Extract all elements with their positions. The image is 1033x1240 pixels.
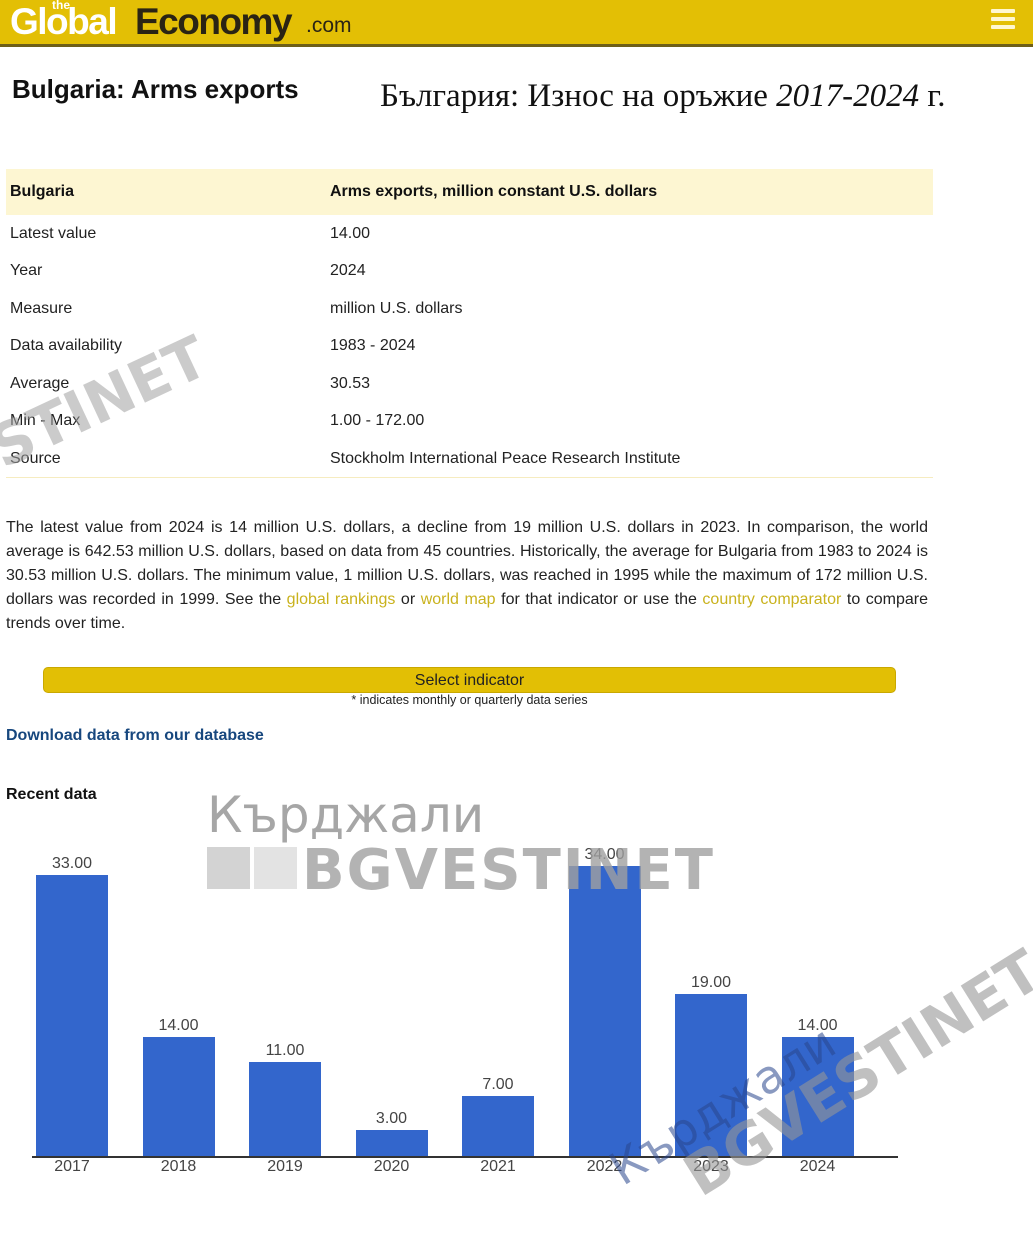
row-label: Latest value: [6, 215, 326, 253]
row-value: 30.53: [326, 365, 933, 403]
table-row: Min - Max1.00 - 172.00: [6, 403, 933, 441]
global-rankings-link[interactable]: global rankings: [287, 591, 396, 608]
table-row: Year2024: [6, 253, 933, 291]
table-row: Measuremillion U.S. dollars: [6, 290, 933, 328]
chart-bar[interactable]: [462, 1096, 534, 1156]
chart-bar[interactable]: [36, 875, 108, 1156]
watermark-city: Кърджали: [207, 786, 484, 844]
row-value: 1.00 - 172.00: [326, 403, 933, 441]
row-label: Data availability: [6, 328, 326, 366]
row-label: Measure: [6, 290, 326, 328]
row-value: Stockholm International Peace Research I…: [326, 440, 933, 478]
overlay-title-suffix: г.: [919, 78, 945, 114]
row-label: Min - Max: [6, 403, 326, 441]
chart-bar[interactable]: [675, 994, 747, 1156]
bar-value-label: 11.00: [245, 1042, 325, 1060]
bar-value-label: 33.00: [32, 855, 112, 873]
bar-value-label: 19.00: [671, 974, 751, 992]
bar-value-label: 14.00: [139, 1017, 219, 1035]
recent-data-title: Recent data: [6, 786, 97, 804]
x-axis-tick-label: 2018: [139, 1158, 219, 1176]
bar-value-label: 34.00: [565, 846, 645, 864]
row-label: Average: [6, 365, 326, 403]
header-indicator: Arms exports, million constant U.S. doll…: [326, 169, 933, 215]
indicator-info-table: Bulgaria Arms exports, million constant …: [6, 169, 933, 478]
row-value: 2024: [326, 253, 933, 291]
recent-data-bar-chart: 33.00201714.00201811.0020193.0020207.002…: [0, 840, 920, 1200]
x-axis-tick-label: 2019: [245, 1158, 325, 1176]
x-axis-line: [32, 1156, 898, 1158]
table-header-row: Bulgaria Arms exports, million constant …: [6, 169, 933, 215]
select-indicator-button[interactable]: Select indicator: [43, 667, 896, 693]
logo-economy: Economy: [135, 1, 291, 43]
top-bar: Global the Economy .com: [0, 0, 1033, 47]
world-map-link[interactable]: world map: [421, 591, 496, 608]
logo-com: .com: [306, 14, 352, 38]
row-value: million U.S. dollars: [326, 290, 933, 328]
description-paragraph: The latest value from 2024 is 14 million…: [6, 516, 928, 636]
chart-bar[interactable]: [249, 1062, 321, 1156]
row-value: 1983 - 2024: [326, 328, 933, 366]
select-indicator-note: * indicates monthly or quarterly data se…: [43, 693, 896, 707]
download-data-link[interactable]: Download data from our database: [6, 727, 264, 745]
logo-the: the: [52, 0, 70, 12]
table-row: Data availability1983 - 2024: [6, 328, 933, 366]
chart-bar[interactable]: [143, 1037, 215, 1156]
row-label: Year: [6, 253, 326, 291]
x-axis-tick-label: 2020: [352, 1158, 432, 1176]
bar-value-label: 7.00: [458, 1076, 538, 1094]
bar-value-label: 14.00: [778, 1017, 858, 1035]
overlay-title-text: България: Износ на оръжие: [380, 78, 776, 114]
table-row: Latest value14.00: [6, 215, 933, 253]
chart-bar[interactable]: [356, 1130, 428, 1156]
overlay-title-bulgarian: България: Износ на оръжие 2017-2024 г.: [380, 78, 945, 115]
header-country: Bulgaria: [6, 169, 326, 215]
x-axis-tick-label: 2022: [565, 1158, 645, 1176]
hamburger-menu-icon[interactable]: [991, 9, 1015, 29]
x-axis-tick-label: 2021: [458, 1158, 538, 1176]
chart-bar[interactable]: [569, 866, 641, 1156]
x-axis-tick-label: 2017: [32, 1158, 112, 1176]
bar-value-label: 3.00: [352, 1110, 432, 1128]
page-title: Bulgaria: Arms exports: [12, 74, 299, 105]
table-row: SourceStockholm International Peace Rese…: [6, 440, 933, 478]
country-comparator-link[interactable]: country comparator: [702, 591, 841, 608]
x-axis-tick-label: 2024: [778, 1158, 858, 1176]
row-label: Source: [6, 440, 326, 478]
description-text: for that indicator or use the: [496, 591, 703, 608]
chart-bar[interactable]: [782, 1037, 854, 1156]
table-row: Average30.53: [6, 365, 933, 403]
description-text: or: [395, 591, 420, 608]
row-value: 14.00: [326, 215, 933, 253]
x-axis-tick-label: 2023: [671, 1158, 751, 1176]
overlay-title-years: 2017-2024: [776, 78, 919, 114]
